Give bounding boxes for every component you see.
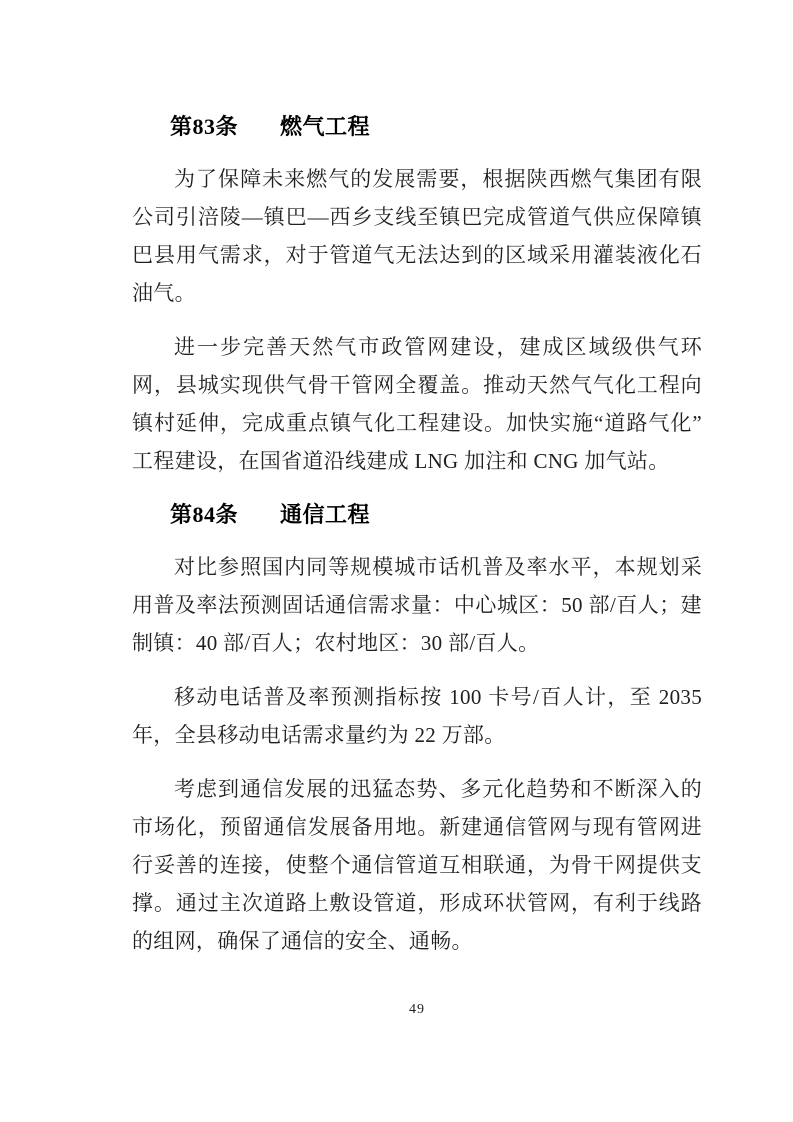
document-page: 第83条燃气工程 为了保障未来燃气的发展需要，根据陕西燃气集团有限公司引涪陵—镇… bbox=[0, 0, 793, 1122]
article-84-heading: 第84条通信工程 bbox=[132, 500, 702, 530]
article-84-paragraph-1: 对比参照国内同等规模城市话机普及率水平，本规划采用普及率法预测固话通信需求量：中… bbox=[132, 548, 702, 662]
article-83-heading: 第83条燃气工程 bbox=[132, 112, 702, 142]
article-84-heading-number: 第84条 bbox=[170, 502, 238, 527]
section-article-84: 第84条通信工程 对比参照国内同等规模城市话机普及率水平，本规划采用普及率法预测… bbox=[132, 500, 702, 960]
article-84-paragraph-2: 移动电话普及率预测指标按 100 卡号/百人计，至 2035 年，全县移动电话需… bbox=[132, 678, 702, 754]
article-83-paragraph-1: 为了保障未来燃气的发展需要，根据陕西燃气集团有限公司引涪陵—镇巴—西乡支线至镇巴… bbox=[132, 160, 702, 312]
article-84-heading-title: 通信工程 bbox=[280, 502, 370, 527]
section-article-83: 第83条燃气工程 为了保障未来燃气的发展需要，根据陕西燃气集团有限公司引涪陵—镇… bbox=[132, 112, 702, 480]
article-83-heading-number: 第83条 bbox=[170, 114, 238, 139]
article-83-heading-title: 燃气工程 bbox=[280, 114, 370, 139]
page-number: 49 bbox=[409, 1002, 425, 1017]
content-column: 第83条燃气工程 为了保障未来燃气的发展需要，根据陕西燃气集团有限公司引涪陵—镇… bbox=[132, 112, 702, 976]
article-84-paragraph-3: 考虑到通信发展的迅猛态势、多元化趋势和不断深入的市场化，预留通信发展备用地。新建… bbox=[132, 770, 702, 960]
page-footer: 49 bbox=[132, 1000, 702, 1018]
article-83-paragraph-2: 进一步完善天然气市政管网建设，建成区域级供气环网，县城实现供气骨干管网全覆盖。推… bbox=[132, 328, 702, 480]
